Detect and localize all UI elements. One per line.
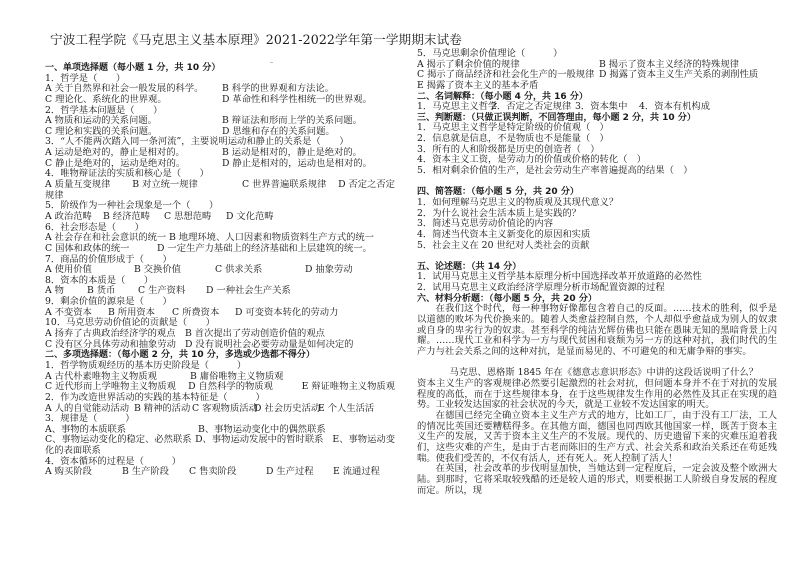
option: D 革命性和科学性相统一的世界观。 (222, 95, 372, 106)
option: A 购买阶段 (45, 467, 122, 478)
option: C 客观物质活动 (192, 404, 254, 415)
option: C 世界普遍联系规律 (242, 180, 338, 191)
option: A 政治范畴 (45, 212, 103, 223)
option: C 理论化、系统化的世界观。 (45, 95, 222, 106)
term: 2．否定之否定规律 (491, 102, 575, 113)
question: 2．作为改造世界活动的实践的基本特征是（ ） (45, 393, 395, 404)
option: C 思想范畴 (164, 212, 226, 223)
material-passage-2c: 在英国，社会改革的步伐明显加快，当她达到一定程度后，一定会波及整个欧洲大陆。到那… (417, 464, 777, 496)
option: C 售卖阶段 (189, 467, 266, 478)
material-passage-2b: 在德国已经完全确立资本主义生产方式的地方，比如工厂，由于没有工厂法，工人的情况比… (417, 411, 777, 464)
option: B 生产阶段 (122, 467, 189, 478)
option: D 一种社会生产关系 (206, 286, 291, 297)
exam-title: 宁波工程学院《马克思主义基本原理》2021-2022学年第一学期期末试卷 (50, 29, 462, 48)
option: C 国体和政体的统一 (45, 244, 157, 255)
option: B 经济范畴 (103, 212, 164, 223)
term: 1．马克思主义哲学 (417, 102, 491, 113)
material-passage-2a: 资本主义生产的客观规律必然要引起激烈的社会对抗，但问题本身并不在于对抗的发展程度… (417, 379, 777, 411)
option: B 精神的活动 (134, 404, 192, 415)
option: E 揭露了资本主义的基本矛盾 (417, 81, 777, 92)
short-answer-question: 1．如何理解马克思主义的物质观及其现代意义？ (417, 198, 777, 209)
option: D 文化范畴 (226, 212, 274, 223)
short-answer-question: 4．简述当代资本主义新变化的原因和实质 (417, 230, 777, 241)
option: E 流通过程 (333, 467, 380, 478)
option: D 一定生产力基础上的经济基础和上层建筑的统一。 (157, 244, 372, 255)
right-column: 5．马克思剩余价值理论（ ） A 揭示了剩余价值的规律B 揭示了资本主义经济的特… (417, 49, 777, 496)
question: 9．剩余价值的源泉是（ ） (45, 297, 395, 308)
question: 1．哲学物质观经历的基本历史阶段是（ ） (45, 361, 395, 372)
term: 4．资本有机构成 (639, 102, 710, 113)
option: D 静止是相对的，运动也是相对的。 (222, 159, 372, 170)
option: D、事物运动发展中的暂时联系 (195, 435, 332, 446)
short-answer-question: 5．社会主义在 20 世纪对人类社会的贡献 (417, 241, 777, 252)
option: D 抽象劳动 (305, 265, 353, 276)
option: D 否定之否定 (338, 180, 395, 191)
option: E 辩证唯物主义物质观 (302, 382, 395, 393)
term: 3．资本集中 (575, 102, 639, 113)
question: 5．阶级作为一种社会现象是一个（ ） (45, 201, 395, 212)
option: C 没有区分具体劳动和抽象劳动 (45, 340, 185, 351)
option: E、事物运动变 (332, 435, 395, 446)
option: D 生产过程 (266, 467, 333, 478)
essay-question: 2．试用马克思主义政治经济学原理分析市场配置资源的过程 (417, 283, 777, 294)
material-passage-1: 在我们这个时代，每一种事物好像都包含着自己的反面。……技术的胜利，似乎是以道德的… (417, 304, 777, 357)
option: D 社会历史活动 (254, 404, 318, 415)
option: E 个人生活活 (318, 404, 374, 415)
option: D 可变资本转化的劳动力 (235, 308, 338, 319)
option: C 供求关系 (215, 265, 305, 276)
option: B 对立统一规律 (132, 180, 242, 191)
option: D 揭露了资本主义生产关系的剥削性质 (599, 70, 758, 81)
left-column: 一、单项选择题（每小题 1 分，共 10 分） 1．哲学是（ ） A 关于自然界… (45, 63, 395, 478)
option: D 没有说明社会必要劳动量是如何决定的 (185, 340, 353, 351)
statement: 5．相对剩余价值的生产，是社会劳动生产率普遍提高的结果（ ） (417, 166, 777, 177)
